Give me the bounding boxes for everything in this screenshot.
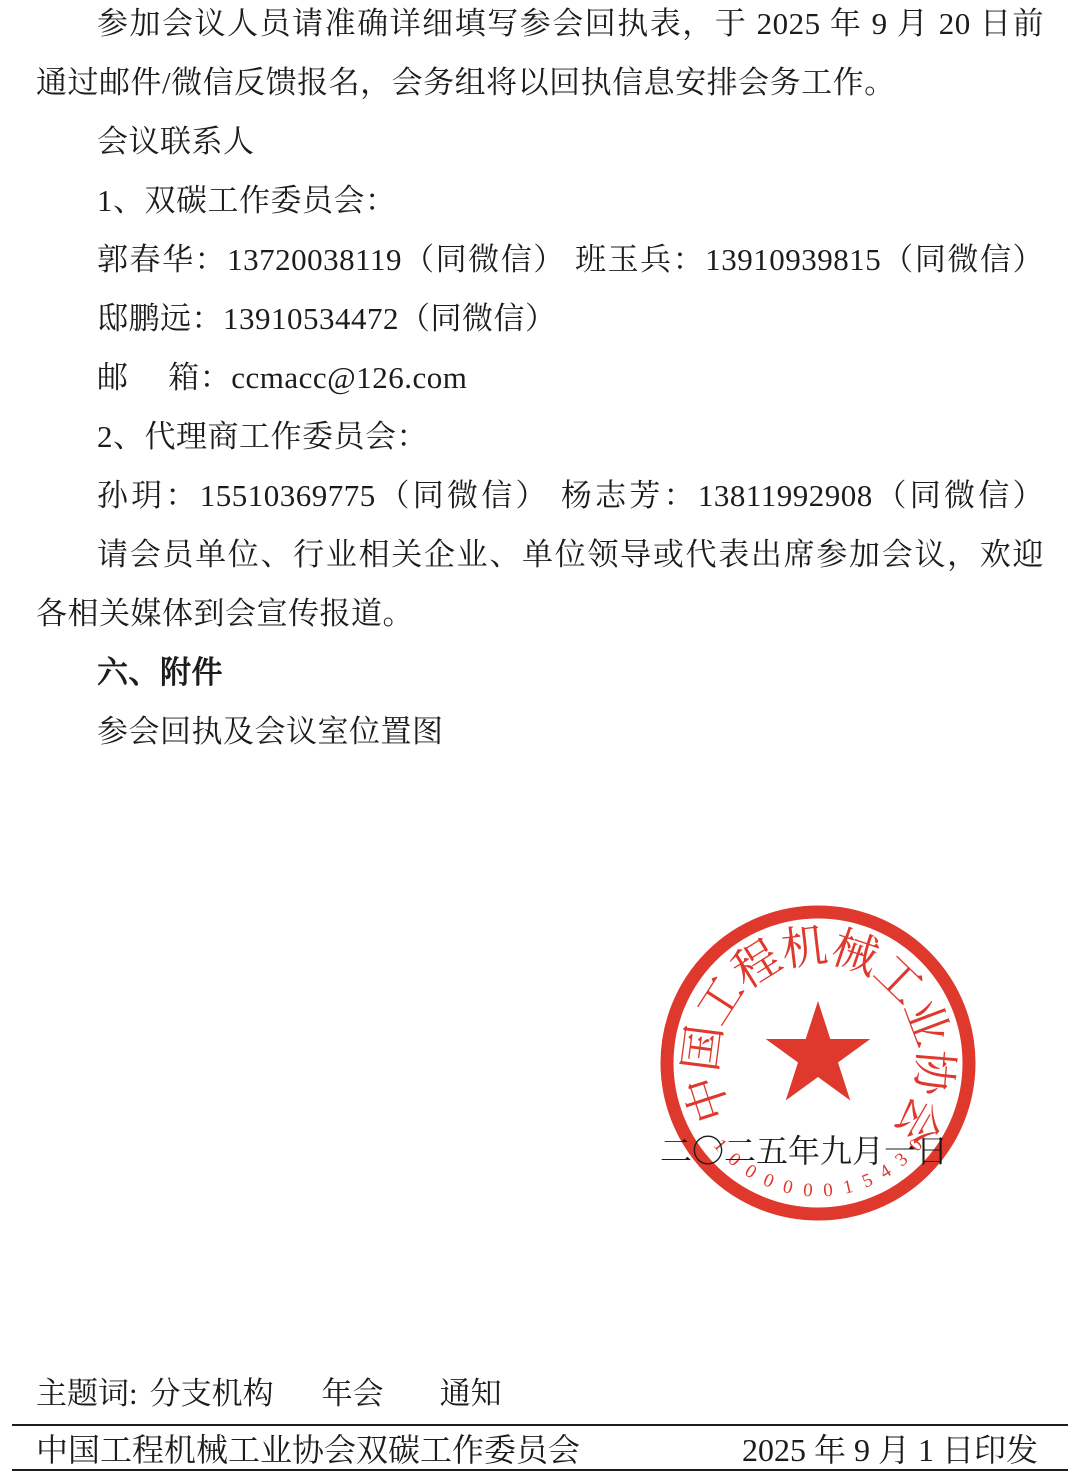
section-heading: 六、附件 <box>36 643 1044 702</box>
print-date: 2025 年 9 月 1 日印发 <box>742 1430 1038 1470</box>
seal-char: 中 <box>676 1069 739 1129</box>
body-line: 参会回执及会议室位置图 <box>36 702 1044 761</box>
seal-digit: 0 <box>802 1180 813 1202</box>
email-line: 邮 箱：ccmacc@126.com <box>36 348 1044 407</box>
official-seal-icon: 中 国 工 程 机 械 工 业 协 会 1 0 0 0 0 0 0 1 5 4 … <box>650 895 990 1235</box>
subject-keyword: 通知 <box>440 1374 502 1414</box>
document-page: 参加会议人员请准确详细填写参会回执表，于 2025 年 9 月 20 日前 通过… <box>0 0 1080 1484</box>
body-line: 通过邮件/微信反馈报名，会务组将以回执信息安排会务工作。 <box>36 53 1044 112</box>
issuer-name: 中国工程机械工业协会双碳工作委员会 <box>36 1430 580 1470</box>
body-line: 会议联系人 <box>36 112 1044 171</box>
body-line: 1、双碳工作委员会： <box>36 171 1044 230</box>
seal-star-icon <box>766 1001 871 1101</box>
seal-digit: 0 <box>781 1176 795 1199</box>
body-line: 各相关媒体到会宣传报道。 <box>36 584 1044 643</box>
body-line: 郭春华：13720038119（同微信） 班玉兵：13910939815（同微信… <box>36 230 1044 289</box>
seal-char: 机 <box>779 920 831 976</box>
seal-digit: 5 <box>859 1169 876 1192</box>
subject-keyword: 年会 <box>322 1374 384 1414</box>
body-line: 请会员单位、行业相关企业、单位领导或代表出席参加会议，欢迎 <box>36 525 1044 584</box>
issuer-row: 中国工程机械工业协会双碳工作委员会 2025 年 9 月 1 日印发 <box>36 1430 1038 1470</box>
body-line: 邸鹏远：13910534472（同微信） <box>36 289 1044 348</box>
footer-divider <box>12 1469 1068 1471</box>
body-line: 参加会议人员请准确详细填写参会回执表，于 2025 年 9 月 20 日前 <box>36 0 1044 53</box>
seal-digit: 0 <box>760 1169 777 1192</box>
subject-keyword: 分支机构 <box>150 1374 274 1414</box>
seal-digit: 1 <box>841 1176 855 1199</box>
body-text: 参加会议人员请准确详细填写参会回执表，于 2025 年 9 月 20 日前 通过… <box>36 0 1044 761</box>
subject-keywords-row: 主题词: 分支机构 年会 通知 <box>36 1374 502 1414</box>
body-line: 2、代理商工作委员会： <box>36 407 1044 466</box>
body-line: 孙玥：15510369775（同微信） 杨志芳：13811992908（同微信） <box>36 466 1044 525</box>
issue-date: 二〇二五年九月一日 <box>660 1126 948 1172</box>
seal-digit: 0 <box>823 1180 834 1202</box>
footer-divider <box>12 1424 1068 1426</box>
subject-label: 主题词: <box>36 1374 138 1414</box>
